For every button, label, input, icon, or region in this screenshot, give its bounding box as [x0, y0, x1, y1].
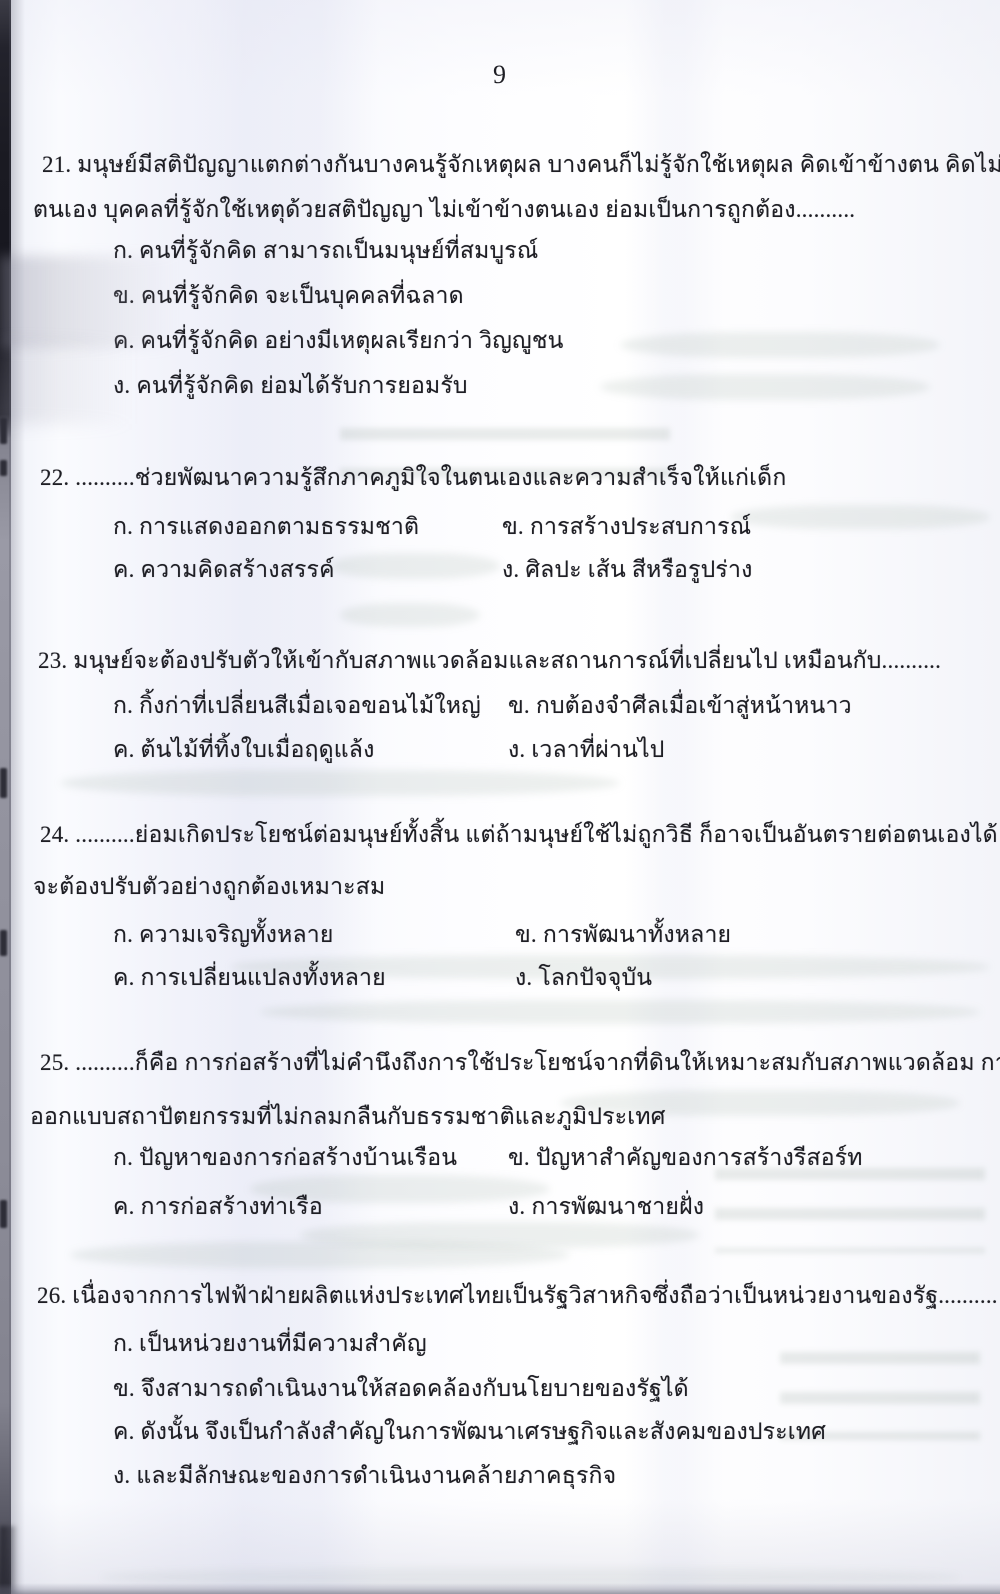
question-25-line-2: ออกแบบสถาปัตยกรรมที่ไม่กลมกลืนกับธรรมชาต… — [30, 1102, 666, 1132]
question-26-line-1: 26. เนื่องจากการไฟฟ้าฝ่ายผลิตแห่งประเทศไ… — [37, 1281, 998, 1311]
bleed-through-artifact — [340, 603, 480, 627]
question-24-option-b: ข. การพัฒนาทั้งหลาย — [515, 920, 731, 950]
question-25-option-b: ข. ปัญหาสำคัญของการสร้างรีสอร์ท — [508, 1143, 863, 1173]
bleed-through-artifact — [260, 1000, 980, 1024]
bleed-through-artifact — [620, 332, 940, 358]
scan-tint-band — [625, 0, 725, 1594]
page-bottom-edge-shadow — [0, 1583, 1000, 1594]
bleed-through-artifact — [730, 505, 990, 529]
bleed-through-artifact — [60, 770, 620, 796]
spine-mark — [0, 460, 7, 476]
question-21-option-b: ข. คนที่รู้จักคิด จะเป็นบุคคลที่ฉลาด — [113, 281, 464, 311]
question-22-line-1: 22. ..........ช่วยพัฒนาความรู้สึกภาคภูมิ… — [40, 463, 786, 493]
question-21-line-2: ตนเอง บุคคลที่รู้จักใช้เหตุด้วยสติปัญญา … — [33, 195, 855, 225]
bleed-through-artifact — [70, 1242, 570, 1268]
question-22-option-d: ง. ศิลปะ เส้น สีหรือรูปร่าง — [502, 555, 753, 585]
question-22-option-c: ค. ความคิดสร้างสรรค์ — [113, 555, 335, 585]
question-25-option-a: ก. ปัญหาของการก่อสร้างบ้านเรือน — [113, 1143, 457, 1173]
question-23-option-d: ง. เวลาที่ผ่านไป — [508, 735, 665, 765]
question-21-option-d: ง. คนที่รู้จักคิด ย่อมได้รับการยอมรับ — [113, 371, 468, 401]
question-26-option-d: ง. และมีลักษณะของการดำเนินงานคล้ายภาคธุร… — [113, 1461, 616, 1491]
question-23-option-a: ก. กิ้งก่าที่เปลี่ยนสีเมื่อเจอขอนไม้ใหญ่ — [113, 691, 481, 721]
question-22-option-b: ข. การสร้างประสบการณ์ — [502, 512, 751, 542]
question-23-option-b: ข. กบต้องจำศีลเมื่อเข้าสู่หน้าหนาว — [508, 691, 852, 721]
question-24-line-1: 24. ..........ย่อมเกิดประโยชน์ต่อมนุษย์ท… — [40, 820, 1000, 850]
page-number: 9 — [0, 60, 1000, 90]
question-23-option-c: ค. ต้นไม้ที่ทิ้งใบเมื่อฤดูแล้ง — [113, 735, 375, 765]
question-26-option-a: ก. เป็นหน่วยงานที่มีความสำคัญ — [113, 1329, 427, 1359]
question-24-line-2: จะต้องปรับตัวอย่างถูกต้องเหมาะสม — [33, 872, 385, 902]
question-25-option-d: ง. การพัฒนาชายฝั่ง — [508, 1192, 704, 1222]
spine-mark — [0, 768, 7, 798]
spine-mark — [0, 418, 7, 444]
question-26-option-c: ค. ดังนั้น จึงเป็นกำลังสำคัญในการพัฒนาเศ… — [113, 1417, 826, 1447]
spine-mark — [0, 1200, 7, 1228]
question-25-option-c: ค. การก่อสร้างท่าเรือ — [113, 1192, 323, 1222]
question-22-option-a: ก. การแสดงออกตามธรรมชาติ — [113, 512, 419, 542]
question-26-option-b: ข. จึงสามารถดำเนินงานให้สอดคล้องกับนโยบา… — [113, 1374, 689, 1404]
bleed-through-artifact — [715, 1168, 985, 1253]
question-23-line-1: 23. มนุษย์จะต้องปรับตัวให้เข้ากับสภาพแวด… — [38, 646, 941, 676]
bleed-through-artifact — [600, 374, 930, 400]
question-25-line-1: 25. ..........ก็คือ การก่อสร้างที่ไม่คำน… — [40, 1048, 1000, 1078]
book-spine-shadow-fade — [9, 0, 25, 1594]
question-24-option-d: ง. โลกปัจจุบัน — [515, 963, 652, 993]
question-21-option-c: ค. คนที่รู้จักคิด อย่างมีเหตุผลเรียกว่า … — [113, 326, 564, 356]
spine-mark — [0, 930, 7, 956]
question-24-option-a: ก. ความเจริญทั้งหลาย — [113, 920, 334, 950]
scanned-exam-page: 9 21. มนุษย์มีสติปัญญาแตกต่างกันบางคนรู้… — [0, 0, 1000, 1594]
question-21-option-a: ก. คนที่รู้จักคิด สามารถเป็นมนุษย์ที่สมบ… — [113, 236, 538, 266]
question-24-option-c: ค. การเปลี่ยนแปลงทั้งหลาย — [113, 963, 386, 993]
bleed-through-artifact — [330, 553, 500, 579]
question-21-line-1: 21. มนุษย์มีสติปัญญาแตกต่างกันบางคนรู้จั… — [42, 150, 1000, 180]
